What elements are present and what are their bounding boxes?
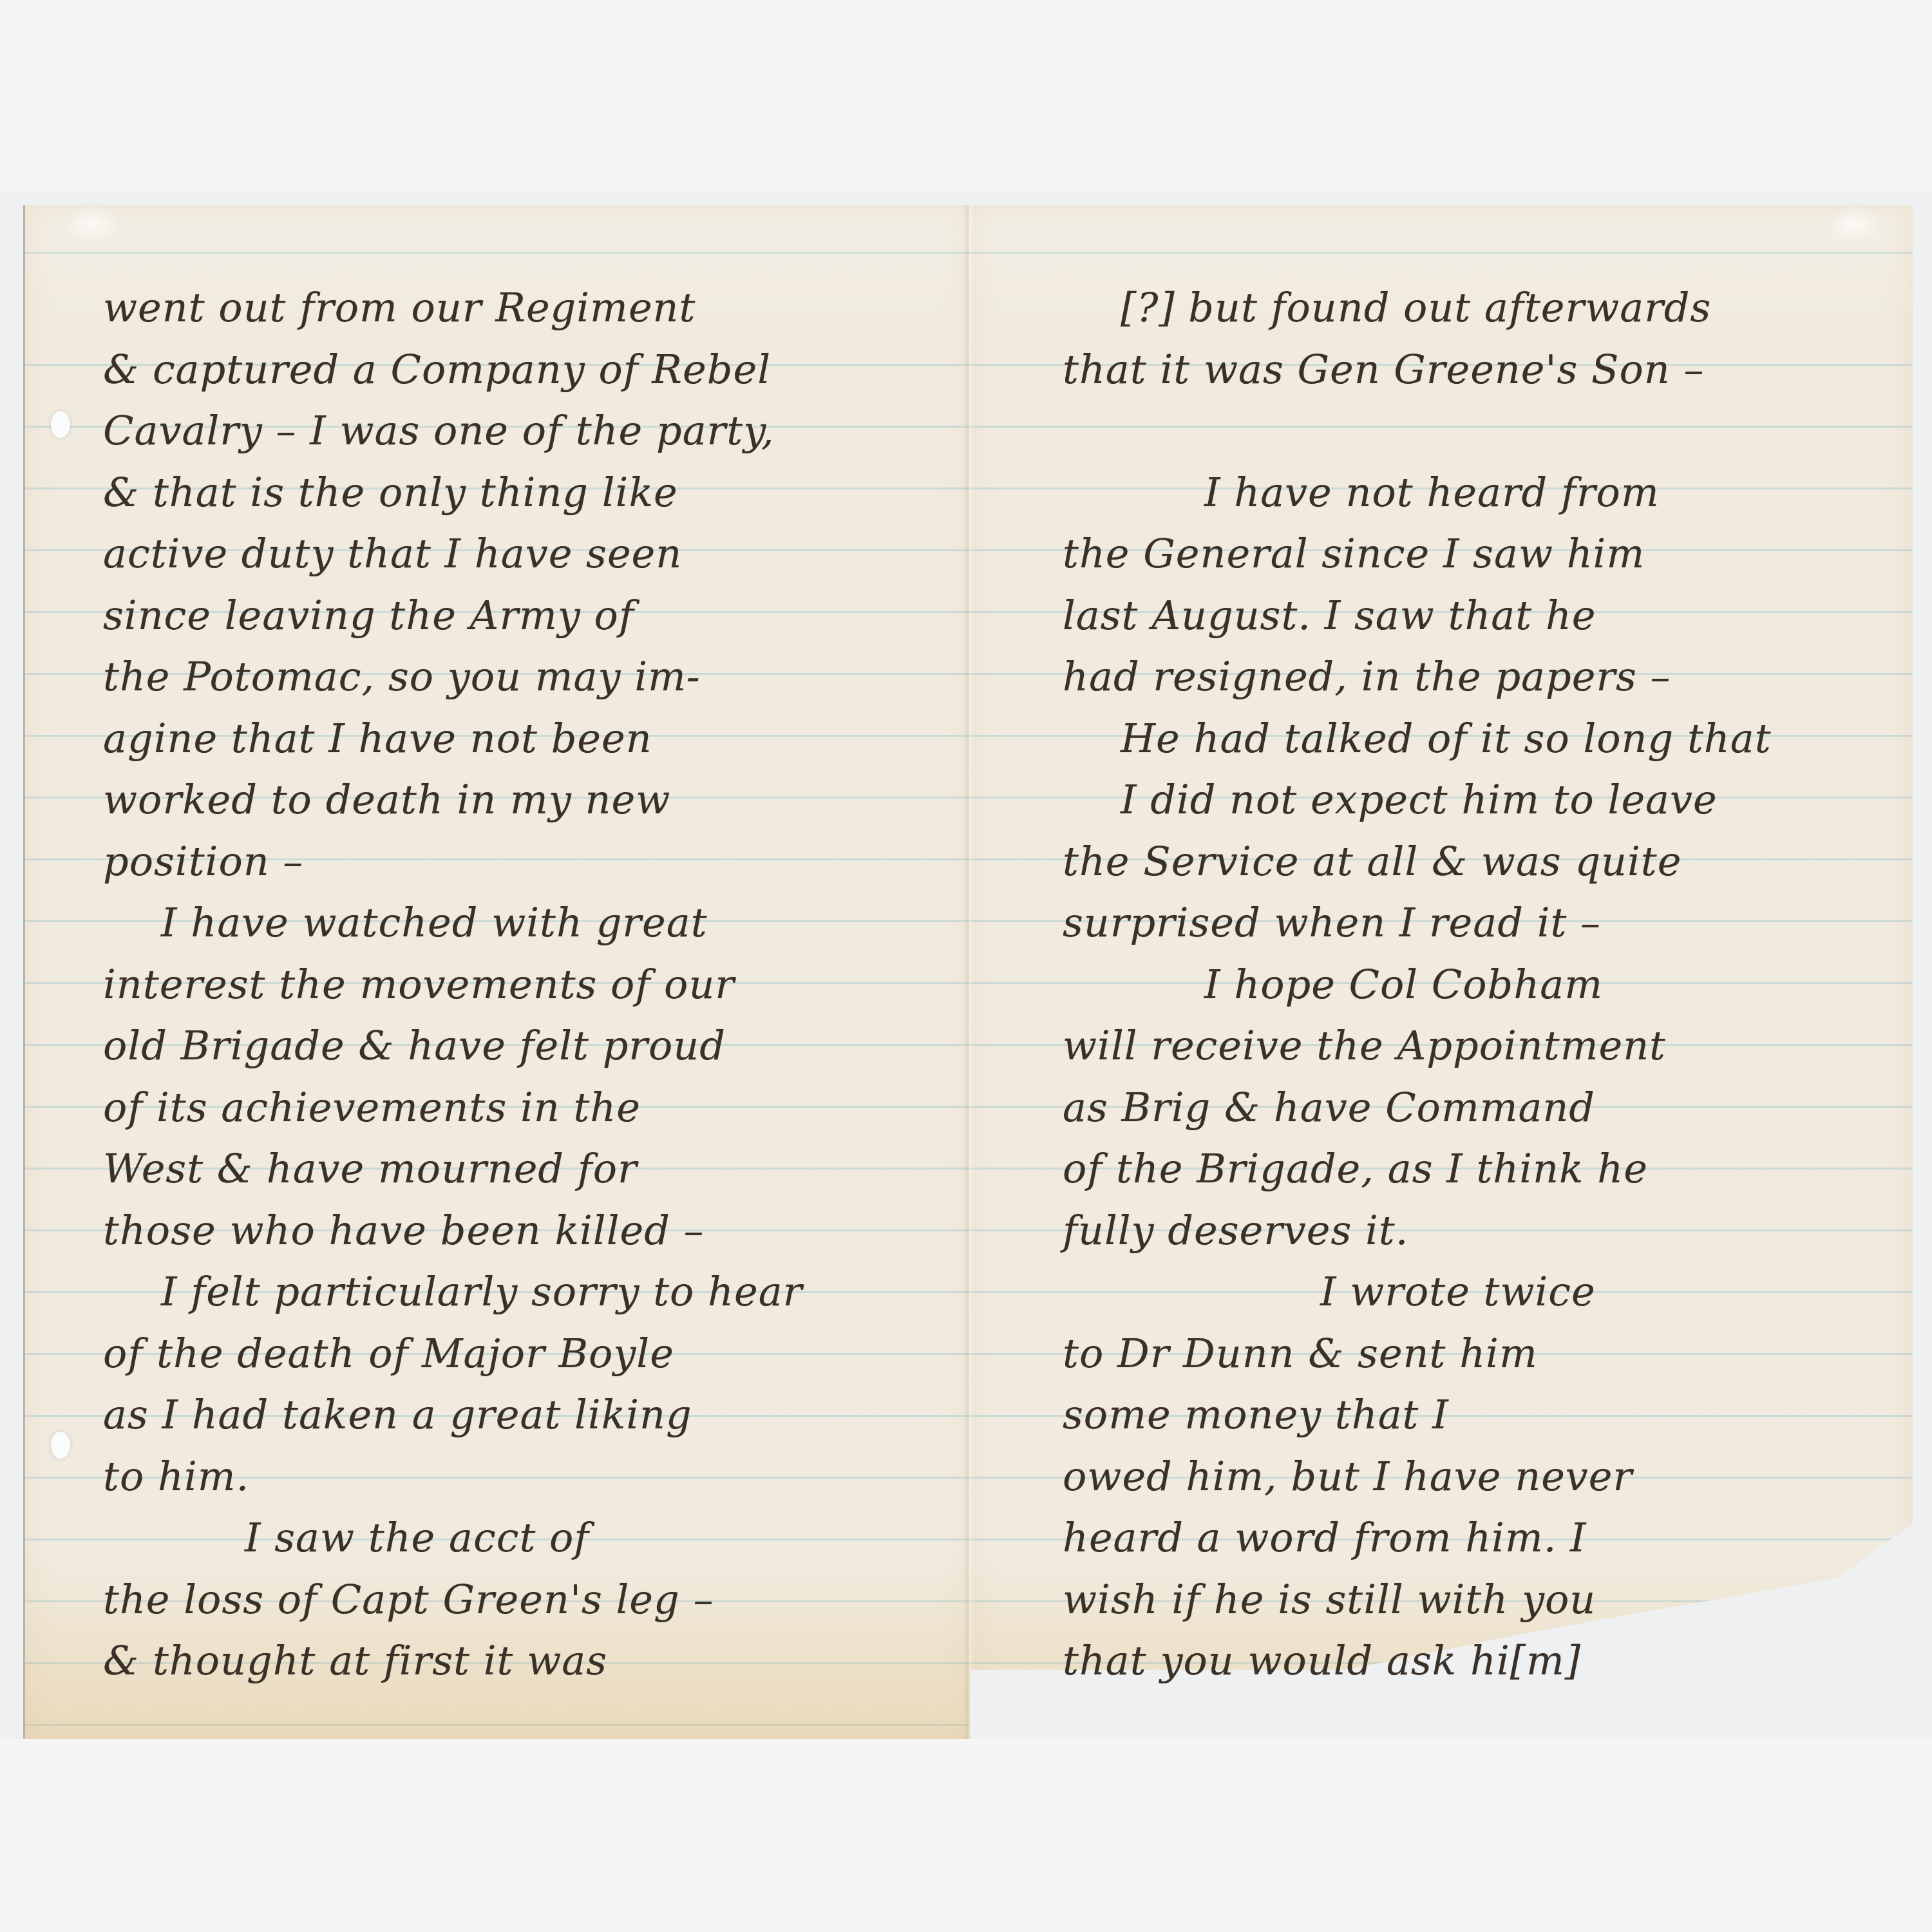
handwritten-line: the Potomac, so you may im- xyxy=(103,646,953,708)
handwritten-line: last August. I saw that he xyxy=(1063,585,1900,647)
handwritten-line: I hope Col Cobham xyxy=(1063,954,1900,1016)
handwritten-line: Cavalry – I was one of the party, xyxy=(103,400,953,462)
punch-hole xyxy=(51,1432,70,1459)
handwritten-line: to Dr Dunn & sent him xyxy=(1063,1323,1900,1385)
handwritten-line: agine that I have not been xyxy=(103,708,953,770)
handwritten-line: interest the movements of our xyxy=(103,954,953,1016)
handwritten-line: I wrote twice xyxy=(1063,1261,1900,1323)
handwritten-line: some money that I xyxy=(1063,1384,1900,1446)
handwritten-line: I felt particularly sorry to hear xyxy=(103,1261,953,1323)
handwritten-line: to him. xyxy=(103,1446,953,1508)
handwritten-line: fully deserves it. xyxy=(1063,1200,1900,1262)
handwritten-line: owed him, but I have never xyxy=(1063,1446,1900,1508)
handwritten-line: will receive the Appointment xyxy=(1063,1015,1900,1077)
handwritten-line: of the Brigade, as I think he xyxy=(1063,1138,1900,1200)
handwritten-line: since leaving the Army of xyxy=(103,585,953,647)
handwritten-line: those who have been killed – xyxy=(103,1200,953,1262)
handwritten-line: went out from our Regiment xyxy=(103,277,953,339)
handwritten-line: the General since I saw him xyxy=(1063,523,1900,585)
handwritten-line: He had talked of it so long that xyxy=(1063,708,1900,770)
handwritten-line: the Service at all & was quite xyxy=(1063,831,1900,893)
handwritten-line: I did not expect him to leave xyxy=(1063,769,1900,831)
handwritten-line: position – xyxy=(103,831,953,893)
handwritten-line: as I had taken a great liking xyxy=(103,1384,953,1446)
handwritten-line: wish if he is still with you xyxy=(1063,1569,1900,1631)
handwritten-line: active duty that I have seen xyxy=(103,523,953,585)
handwritten-line: I have not heard from xyxy=(1063,462,1900,524)
paper-crease xyxy=(64,205,122,243)
right-page-text: [?] but found out afterwardsthat it was … xyxy=(1063,277,1900,1692)
handwritten-line: had resigned, in the papers – xyxy=(1063,646,1900,708)
handwritten-line: & that is the only thing like xyxy=(103,462,953,524)
handwritten-line: that you would ask hi[m] xyxy=(1063,1630,1900,1692)
page-fold xyxy=(963,205,974,1739)
handwritten-line: & thought at first it was xyxy=(103,1630,953,1692)
handwritten-line: of its achievements in the xyxy=(103,1077,953,1139)
handwritten-line: heard a word from him. I xyxy=(1063,1507,1900,1569)
handwritten-line: & captured a Company of Rebel xyxy=(103,339,953,401)
left-page-text: went out from our Regiment& captured a C… xyxy=(103,277,953,1692)
handwritten-line: [?] but found out afterwards xyxy=(1063,277,1900,339)
handwritten-line: West & have mourned for xyxy=(103,1138,953,1200)
handwritten-line: that it was Gen Greene's Son – xyxy=(1063,339,1900,401)
handwritten-line: old Brigade & have felt proud xyxy=(103,1015,953,1077)
punch-hole xyxy=(51,411,70,438)
handwritten-line: I have watched with great xyxy=(103,892,953,954)
handwritten-line: of the death of Major Boyle xyxy=(103,1323,953,1385)
handwritten-line: the loss of Capt Green's leg – xyxy=(103,1569,953,1631)
handwritten-line: I saw the acct of xyxy=(103,1507,953,1569)
paper-crease xyxy=(1825,205,1883,243)
handwritten-line: surprised when I read it – xyxy=(1063,892,1900,954)
handwritten-line xyxy=(1063,400,1900,462)
document-viewer: went out from our Regiment& captured a C… xyxy=(0,0,1932,1932)
handwritten-line: worked to death in my new xyxy=(103,769,953,831)
handwritten-line: as Brig & have Command xyxy=(1063,1077,1900,1139)
